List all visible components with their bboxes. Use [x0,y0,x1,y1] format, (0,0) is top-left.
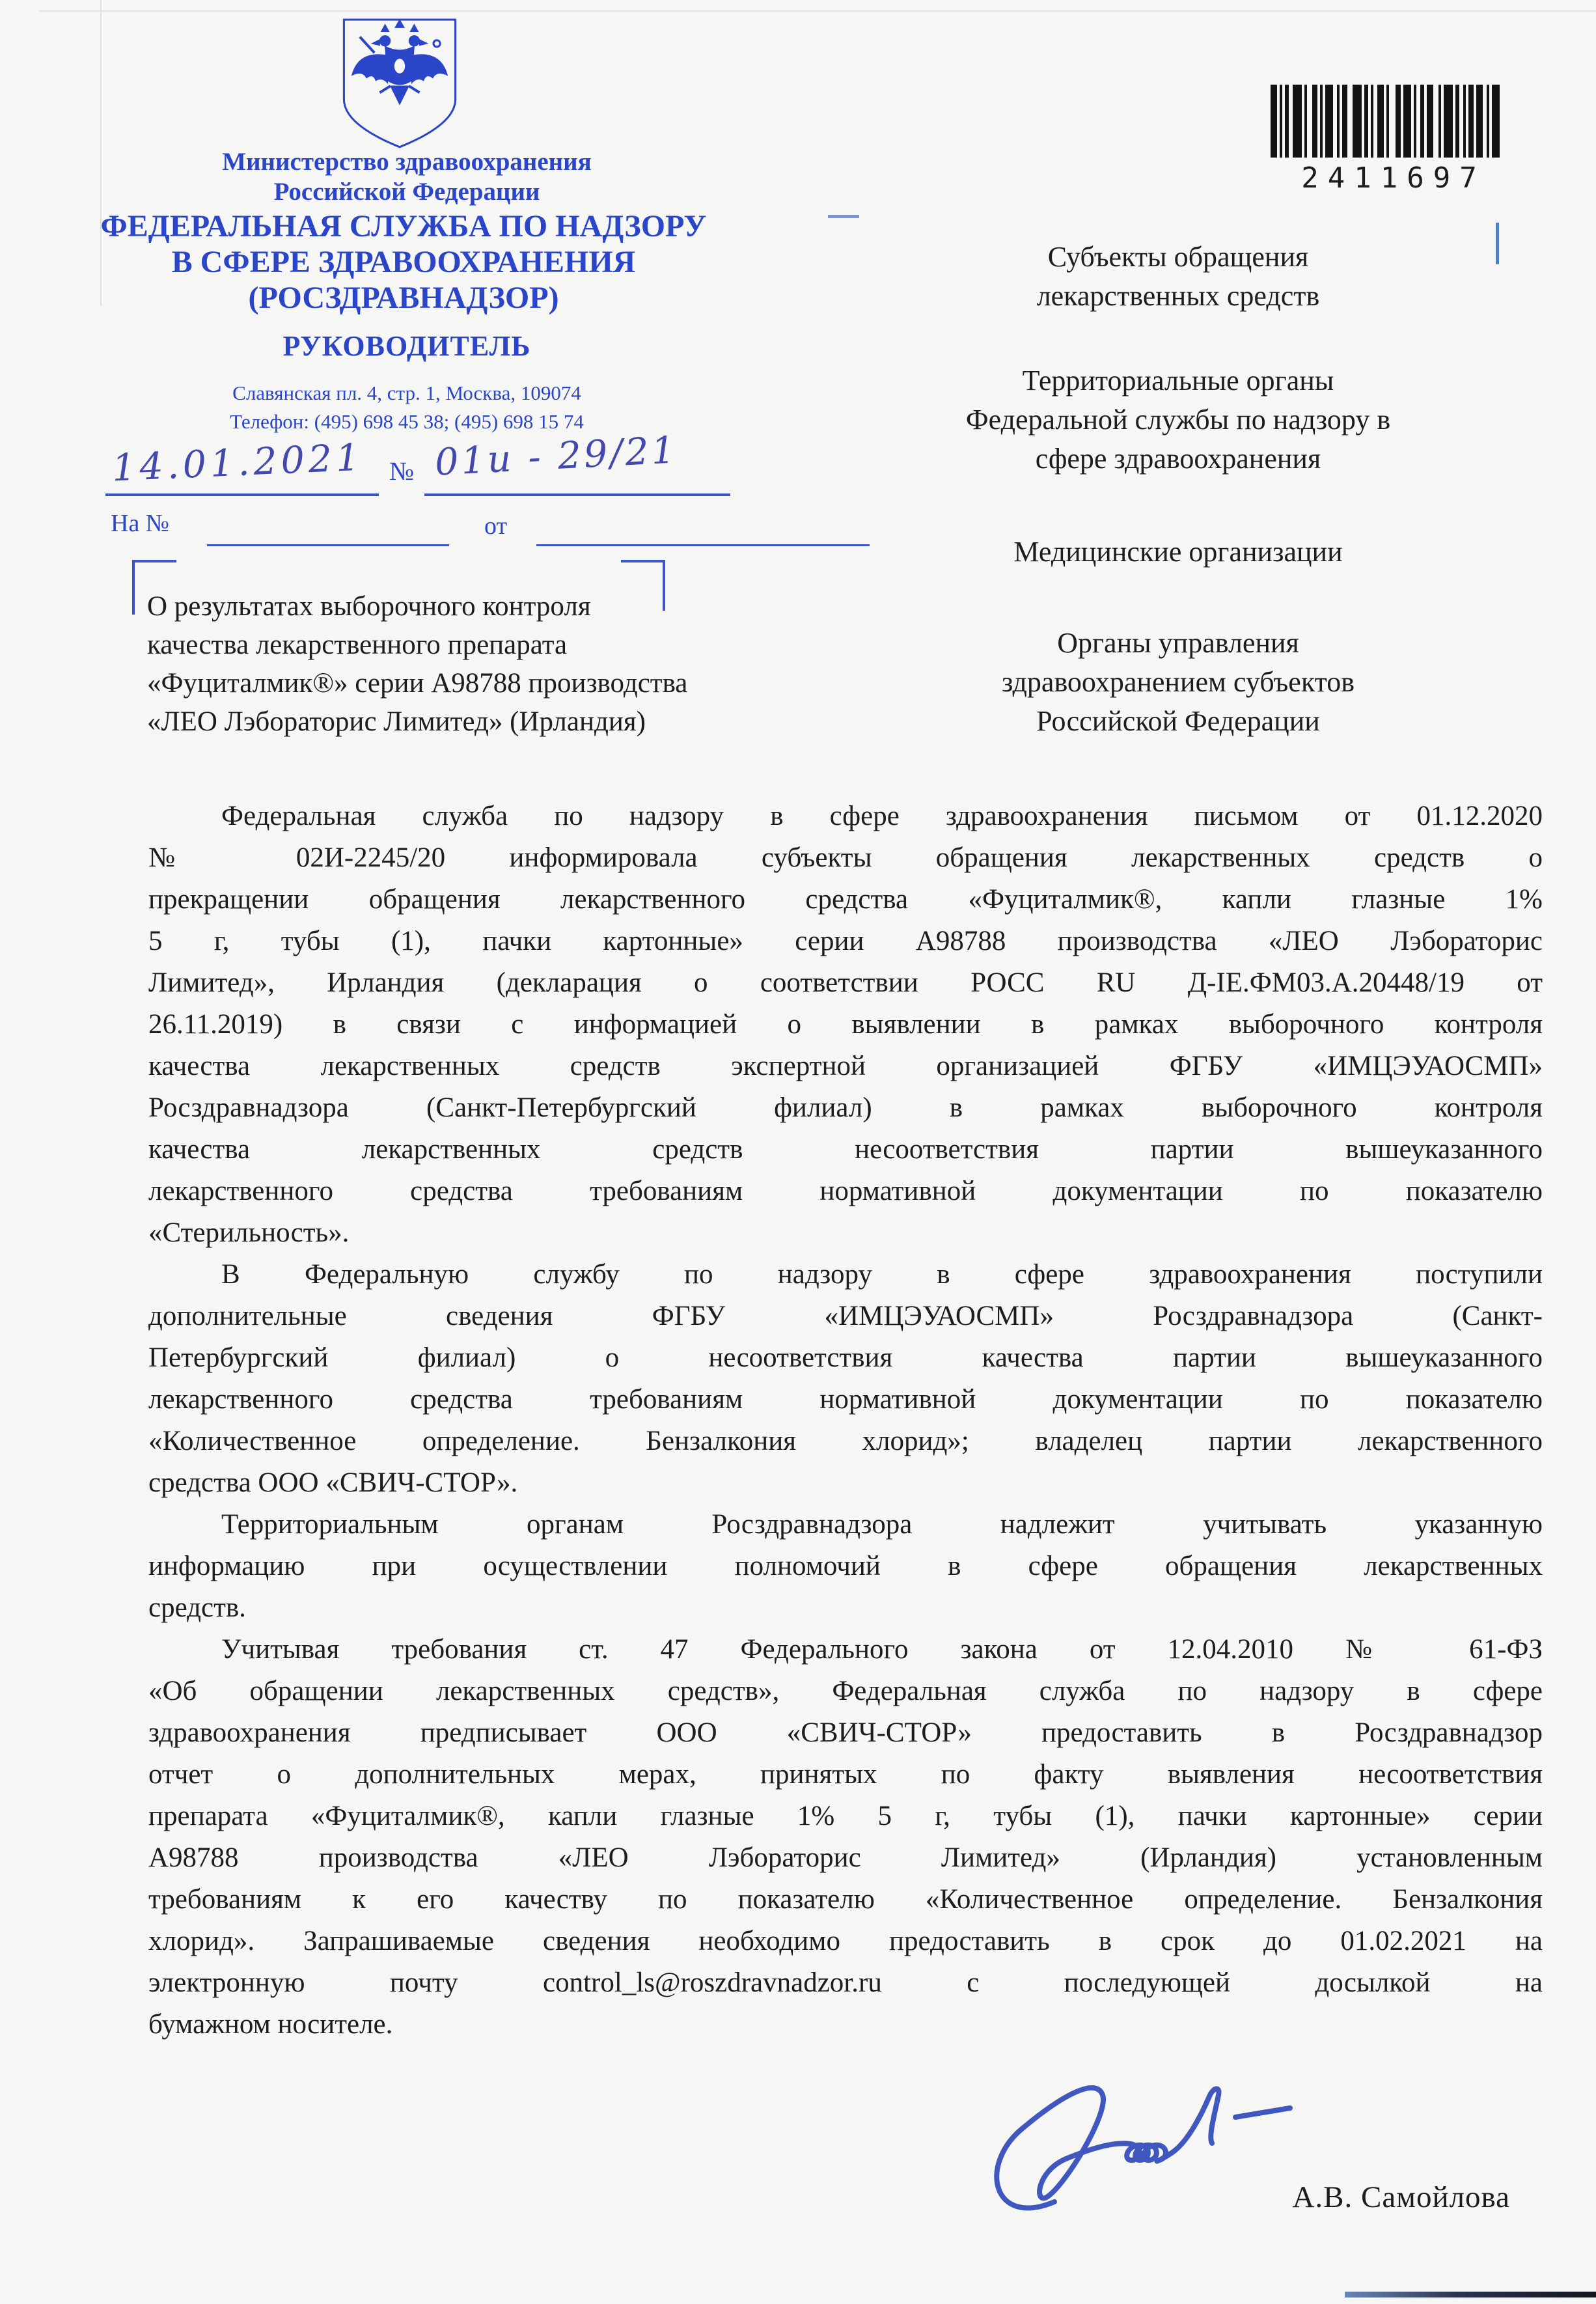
position-title: РУКОВОДИТЕЛЬ [78,329,736,363]
body-line: средства ООО «СВИЧ-СТОР». [148,1462,1543,1504]
body-line: «Об обращении лекарственных средств», Фе… [148,1671,1543,1712]
body-line: здравоохранения предписывает ООО «СВИЧ-С… [148,1712,1543,1754]
body-line: отчет о дополнительных мерах, принятых п… [148,1754,1543,1796]
service-line: В СФЕРЕ ЗДРАВООХРАНЕНИЯ [59,244,749,280]
coat-of-arms-icon [333,14,466,154]
body-line: требованиям к его качеству по показателю… [148,1879,1543,1921]
ministry-line: Министерство здравоохранения [78,147,736,177]
service-line: ФЕДЕРАЛЬНАЯ СЛУЖБА ПО НАДЗОРУ [59,208,749,244]
body-line: информацию при осуществлении полномочий … [148,1546,1543,1587]
body-line: «Количественное определение. Бензалкония… [148,1421,1543,1462]
recipient-group: Органы управленияздравоохранением субъек… [866,624,1491,741]
body-line: 26.11.2019) в связи с информацией о выяв… [148,1004,1543,1046]
service-line: (РОСЗДРАВНАДЗОР) [59,280,749,316]
body-line: Лимитед», Ирландия (декларация о соответ… [148,962,1543,1004]
body-line: средств. [148,1587,1543,1629]
scan-artifact-bottom-line [1345,2292,1596,2297]
recipient-line: лекарственных средств [866,277,1491,316]
body-line: лекарственного средства требованиям норм… [148,1379,1543,1421]
scan-artifact-top-line [39,10,1596,12]
recipient-line: Органы управления [866,624,1491,663]
body-line: дополнительные сведения ФГБУ «ИМЦЭУАОСМП… [148,1296,1543,1337]
body-line: электронную почту control_ls@roszdravnad… [148,1962,1543,2004]
document-page: Министерство здравоохранения Российской … [0,0,1596,2304]
recipient-group: Субъекты обращениялекарственных средств [866,238,1491,316]
outgoing-number: 01и - 29/21 [434,428,679,484]
body-line: Петербургский филиал) о несоответствия к… [148,1337,1543,1379]
recipient-line: Федеральной службы по надзору в [866,400,1491,439]
recipient-line: Медицинские организации [866,533,1491,572]
signer-name: А.В. Самойлова [1067,2180,1510,2215]
recipient-line: Российской Федерации [866,702,1491,741]
body-line: «Стерильность». [148,1212,1543,1254]
body-line: качества лекарственных средств экспертно… [148,1046,1543,1087]
ministry-line: Российской Федерации [78,177,736,207]
body-line: прекращении обращения лекарственного сре… [148,879,1543,921]
address-line: Славянская пл. 4, стр. 1, Москва, 109074 [78,382,736,405]
body-line: Росздравнадзора (Санкт-Петербургский фил… [148,1087,1543,1129]
recipient-group: Территориальные органыФедеральной службы… [866,361,1491,479]
number-sign-label: № [389,456,414,486]
body-line: А98788 производства «ЛЕО Лэбораторис Лим… [148,1837,1543,1879]
recipient-line: сфере здравоохранения [866,439,1491,479]
reply-date-underline [536,544,870,546]
handwritten-date: 14.01.2021 [111,436,365,490]
service-name: ФЕДЕРАЛЬНАЯ СЛУЖБА ПО НАДЗОРУ В СФЕРЕ ЗД… [59,208,749,316]
recipient-mark-tick [1496,223,1499,264]
body-line: В Федеральную службу по надзору в сфере … [148,1254,1543,1296]
body-line: Учитывая требования ст. 47 Федерального … [148,1629,1543,1671]
barcode-number: 2411697 [1271,161,1517,195]
date-underline [105,493,379,496]
body-text: Федеральная служба по надзору в сфере зд… [148,796,1543,2046]
recipient-group: Медицинские организации [866,533,1491,572]
subject-block: О результатах выборочного контролякачест… [147,587,720,741]
reply-number-underline [207,544,449,546]
recipient-line: Территориальные органы [866,361,1491,400]
body-line: Территориальным органам Росздравнадзора … [148,1504,1543,1546]
body-line: Федеральная служба по надзору в сфере зд… [148,796,1543,837]
barcode [1271,85,1517,158]
body-line: № 02И-2245/20 информировала субъекты обр… [148,837,1543,879]
body-line: хлорид». Запрашиваемые сведения необходи… [148,1921,1543,1962]
ministry-name: Министерство здравоохранения Российской … [78,147,736,207]
number-underline [424,493,730,496]
recipient-line: здравоохранением субъектов [866,663,1491,702]
body-line: лекарственного средства требованиям норм… [148,1171,1543,1212]
recipient-line: Субъекты обращения [866,238,1491,277]
body-line: качества лекарственных средств несоответ… [148,1129,1543,1171]
reply-number-label: На № [111,509,169,538]
subject-line: «Фуциталмик®» серии А98788 производства [147,664,720,702]
body-line: препарата «Фуциталмик®, капли глазные 1%… [148,1796,1543,1837]
subject-line: «ЛЕО Лэбораторис Лимитед» (Ирландия) [147,702,720,741]
body-line: 5 г, тубы (1), пачки картонные» серии А9… [148,921,1543,962]
subject-line: О результатах выборочного контроля [147,587,720,626]
reply-date-label: от [484,512,507,540]
recipient-mark-dash [828,215,859,218]
subject-line: качества лекарственного препарата [147,626,720,664]
